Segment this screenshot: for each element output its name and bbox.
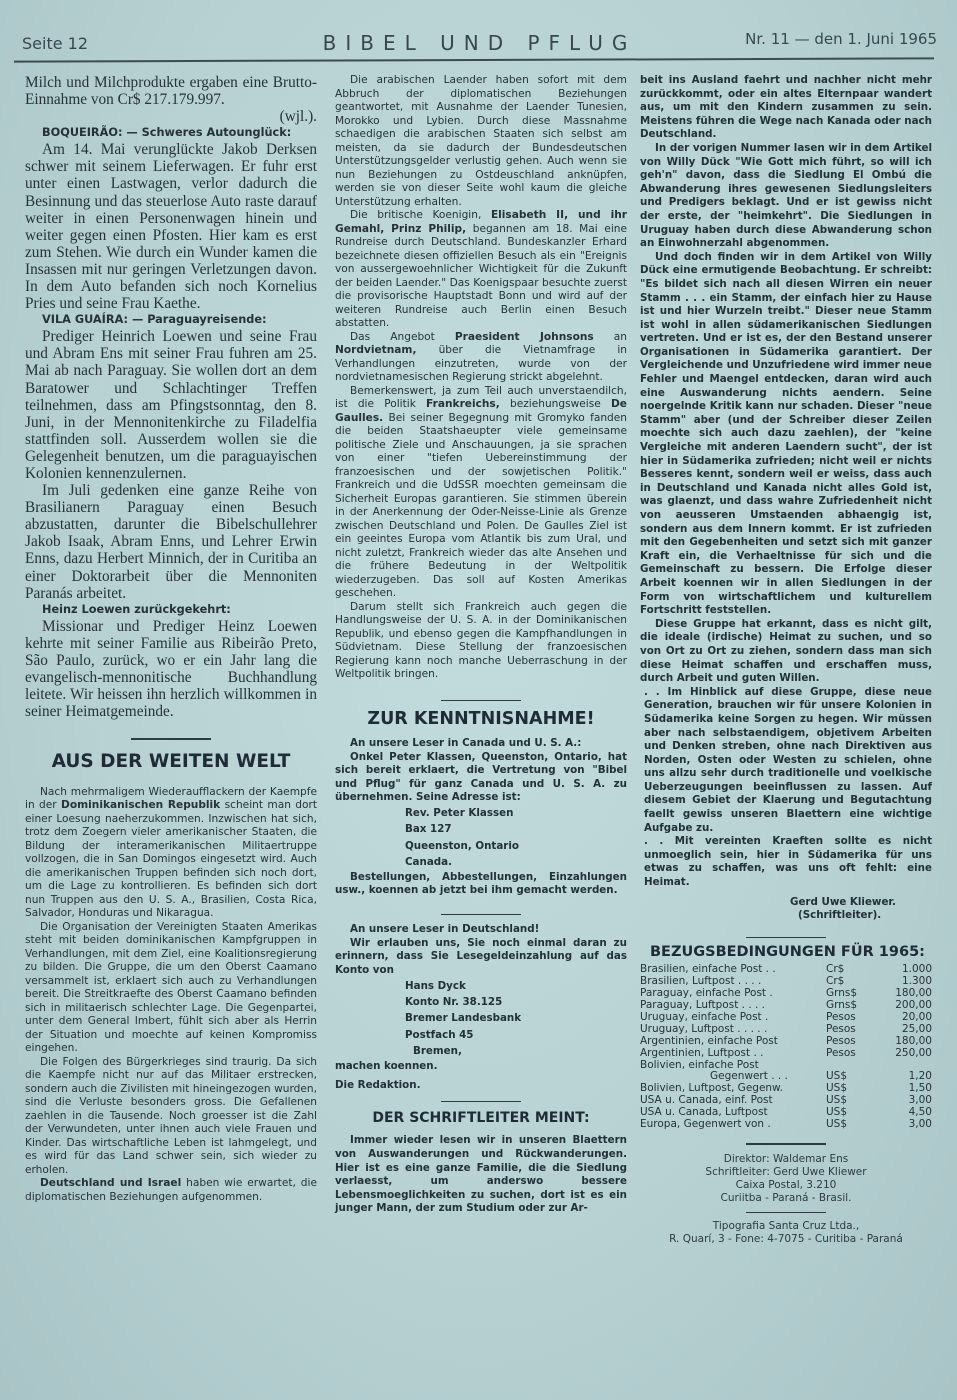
- article-paragraph: Die Folgen des Bürgerkrieges sind trauri…: [25, 1056, 317, 1178]
- editorial-start: Immer wieder lesen wir in unseren Blaett…: [335, 1134, 627, 1216]
- account-block: Hans Dyck Konto Nr. 38.125 Bremer Landes…: [335, 978, 627, 1060]
- account-line: Bremen,: [405, 1043, 627, 1059]
- header-rule: [14, 57, 934, 62]
- price-value: 3,00: [874, 1119, 932, 1131]
- imprint-line: Curiitba - Paraná - Brasil.: [640, 1192, 932, 1205]
- address-block: Rev. Peter Klassen Bax 127 Queenston, On…: [335, 805, 627, 871]
- article-paragraph: Bemerkenswert, ja zum Teil auch unversta…: [335, 385, 627, 601]
- article-paragraph: Im Juli gedenken eine ganze Reihe von Br…: [25, 482, 317, 602]
- column-world-news: Die arabischen Laender haben sofort mit …: [335, 74, 627, 1216]
- price-label: Uruguay, Luftpost . . . . .: [640, 1024, 824, 1036]
- address-line: Canada.: [405, 854, 627, 870]
- notice-paragraph: machen koennen.: [335, 1060, 627, 1074]
- article-paragraph: Die arabischen Laender haben sofort mit …: [335, 74, 627, 209]
- divider: [441, 1101, 521, 1103]
- editorial-paragraph: . . Mit vereinten Kraeften sollte es nic…: [640, 835, 932, 889]
- price-row: Uruguay, Luftpost . . . . .Pesos25,00: [640, 1024, 932, 1036]
- editorial-paragraph: beit ins Ausland faehrt und nachher nich…: [640, 74, 932, 142]
- imprint-line: Schriftleiter: Gerd Uwe Kliewer: [640, 1166, 932, 1179]
- notice-paragraph: Bestellungen, Abbestellungen, Einzahlung…: [335, 871, 627, 898]
- imprint-line: Caixa Postal, 3.210: [640, 1179, 932, 1192]
- address-line: Bax 127: [405, 821, 627, 837]
- editorial-paragraph: . . Im Hinblick auf diese Gruppe, diese …: [640, 686, 932, 836]
- imprint-printer: Tipografia Santa Cruz Ltda., R. Quarí, 3…: [640, 1220, 932, 1247]
- article-paragraph: Missionar und Prediger Heinz Loewen kehr…: [25, 618, 317, 721]
- imprint-editorial: Direktor: Waldemar Ens Schriftleiter: Ge…: [640, 1153, 932, 1206]
- editorial-cont: beit ins Ausland faehrt und nachher nich…: [640, 74, 932, 923]
- price-value: 25,00: [874, 1024, 932, 1036]
- article-paragraph: Die britische Koenigin, Elisabeth II, un…: [335, 209, 627, 331]
- imprint-line: Direktor: Waldemar Ens: [640, 1153, 932, 1166]
- price-currency: Pesos: [824, 1024, 874, 1036]
- notice-heading: An unsere Leser in Canada und U. S. A.:: [335, 737, 627, 751]
- account-line: Postfach 45: [405, 1027, 627, 1043]
- price-row: Argentinien, Luftpost . .Pesos250,00: [640, 1048, 932, 1060]
- notice-signature: Die Redaktion.: [335, 1079, 627, 1093]
- subscription-price-table: Brasilien, einfache Post . .Cr$1.000Bras…: [640, 964, 932, 1131]
- account-line: Hans Dyck: [405, 978, 627, 994]
- price-currency: US$: [824, 1119, 874, 1131]
- editorial-signature: Gerd Uwe Kliewer.: [640, 896, 932, 910]
- world-news-cont: Die arabischen Laender haben sofort mit …: [335, 74, 627, 682]
- price-label: Argentinien, Luftpost . .: [640, 1048, 824, 1060]
- article-paragraph: Milch und Milchprodukte ergaben eine Bru…: [25, 74, 317, 108]
- price-value: 180,00: [874, 1036, 932, 1048]
- address-line: Queenston, Ontario: [405, 838, 627, 854]
- notice-paragraph: Onkel Peter Klassen, Queenston, Ontario,…: [335, 751, 627, 805]
- notice-heading: An unsere Leser in Deutschland!: [335, 923, 627, 937]
- price-label: Argentinien, einfache Post: [640, 1036, 824, 1048]
- imprint-line: Tipografia Santa Cruz Ltda.,: [640, 1220, 932, 1233]
- page-header: Seite 12 BIBEL UND PFLUG Nr. 11 — den 1.…: [22, 30, 937, 56]
- divider: [746, 1212, 826, 1214]
- section-title-world: AUS DER WEITEN WELT: [25, 751, 317, 772]
- article-paragraph: Die Organisation der Vereinigten Staaten…: [25, 921, 317, 1056]
- local-news: Milch und Milchprodukte ergaben eine Bru…: [25, 74, 317, 720]
- editorial-paragraph: Diese Gruppe hat erkannt, dass es nicht …: [640, 618, 932, 686]
- article-paragraph: Am 14. Mai verunglückte Jakob Derksen sc…: [25, 141, 317, 312]
- notice-canada: An unsere Leser in Canada und U. S. A.: …: [335, 737, 627, 898]
- issue-date: Nr. 11 — den 1. Juni 1965: [745, 30, 937, 48]
- divider: [746, 937, 826, 939]
- section-title-notice: ZUR KENNTNISNAHME!: [335, 709, 627, 729]
- editorial-role: (Schriftleiter).: [640, 909, 932, 923]
- section-title-subscription: BEZUGSBEDINGUNGEN FÜR 1965:: [640, 944, 932, 960]
- divider: [746, 1143, 826, 1145]
- article-paragraph: Das Angebot Praesident Johnsons an Nordv…: [335, 331, 627, 385]
- article-paragraph: Prediger Heinrich Loewen und seine Frau …: [25, 328, 317, 482]
- world-news: Nach mehrmaligem Wiederaufflackern der K…: [25, 786, 317, 1205]
- price-currency: Pesos: [824, 1048, 874, 1060]
- price-currency: Pesos: [824, 1036, 874, 1048]
- section-heading: BOQUEIRÃO: — Schweres Autounglück:: [25, 125, 317, 141]
- column-editorial: beit ins Ausland faehrt und nachher nich…: [640, 74, 932, 1247]
- editorial-paragraph: Immer wieder lesen wir in unseren Blaett…: [335, 1134, 627, 1216]
- section-heading: Heinz Loewen zurückgekehrt:: [25, 602, 317, 618]
- address-line: Rev. Peter Klassen: [405, 805, 627, 821]
- divider: [441, 914, 521, 916]
- article-paragraph: Nach mehrmaligem Wiederaufflackern der K…: [25, 786, 317, 921]
- divider: [131, 738, 211, 740]
- divider: [441, 700, 521, 702]
- editorial-paragraph: Und doch finden wir in dem Artikel von W…: [640, 251, 932, 618]
- article-paragraph: Deutschland und Israel haben wie erwarte…: [25, 1177, 317, 1204]
- notice-germany: An unsere Leser in Deutschland! Wir erla…: [335, 923, 627, 1093]
- section-heading: VILA GUAÍRA: — Paraguayreisende:: [25, 312, 317, 328]
- price-row: Argentinien, einfache PostPesos180,00: [640, 1036, 932, 1048]
- account-line: Bremer Landesbank: [405, 1010, 627, 1026]
- price-value: 250,00: [874, 1048, 932, 1060]
- account-line: Konto Nr. 38.125: [405, 994, 627, 1010]
- editorial-paragraph: In der vorigen Nummer lasen wir in dem A…: [640, 142, 932, 251]
- notice-paragraph: Wir erlauben uns, Sie noch einmal daran …: [335, 937, 627, 978]
- imprint-line: R. Quarí, 3 - Fone: 4-7075 - Curitiba - …: [626, 1233, 946, 1246]
- price-label: Europa, Gegenwert von .: [640, 1119, 824, 1131]
- column-local-news: Milch und Milchprodukte ergaben eine Bru…: [25, 74, 317, 1204]
- article-paragraph: Darum stellt sich Frankreich auch gegen …: [335, 601, 627, 682]
- section-title-editorial: DER SCHRIFTLEITER MEINT:: [335, 1110, 627, 1126]
- article-signature: (wjl.).: [25, 108, 317, 125]
- price-row: Europa, Gegenwert von .US$3,00: [640, 1119, 932, 1131]
